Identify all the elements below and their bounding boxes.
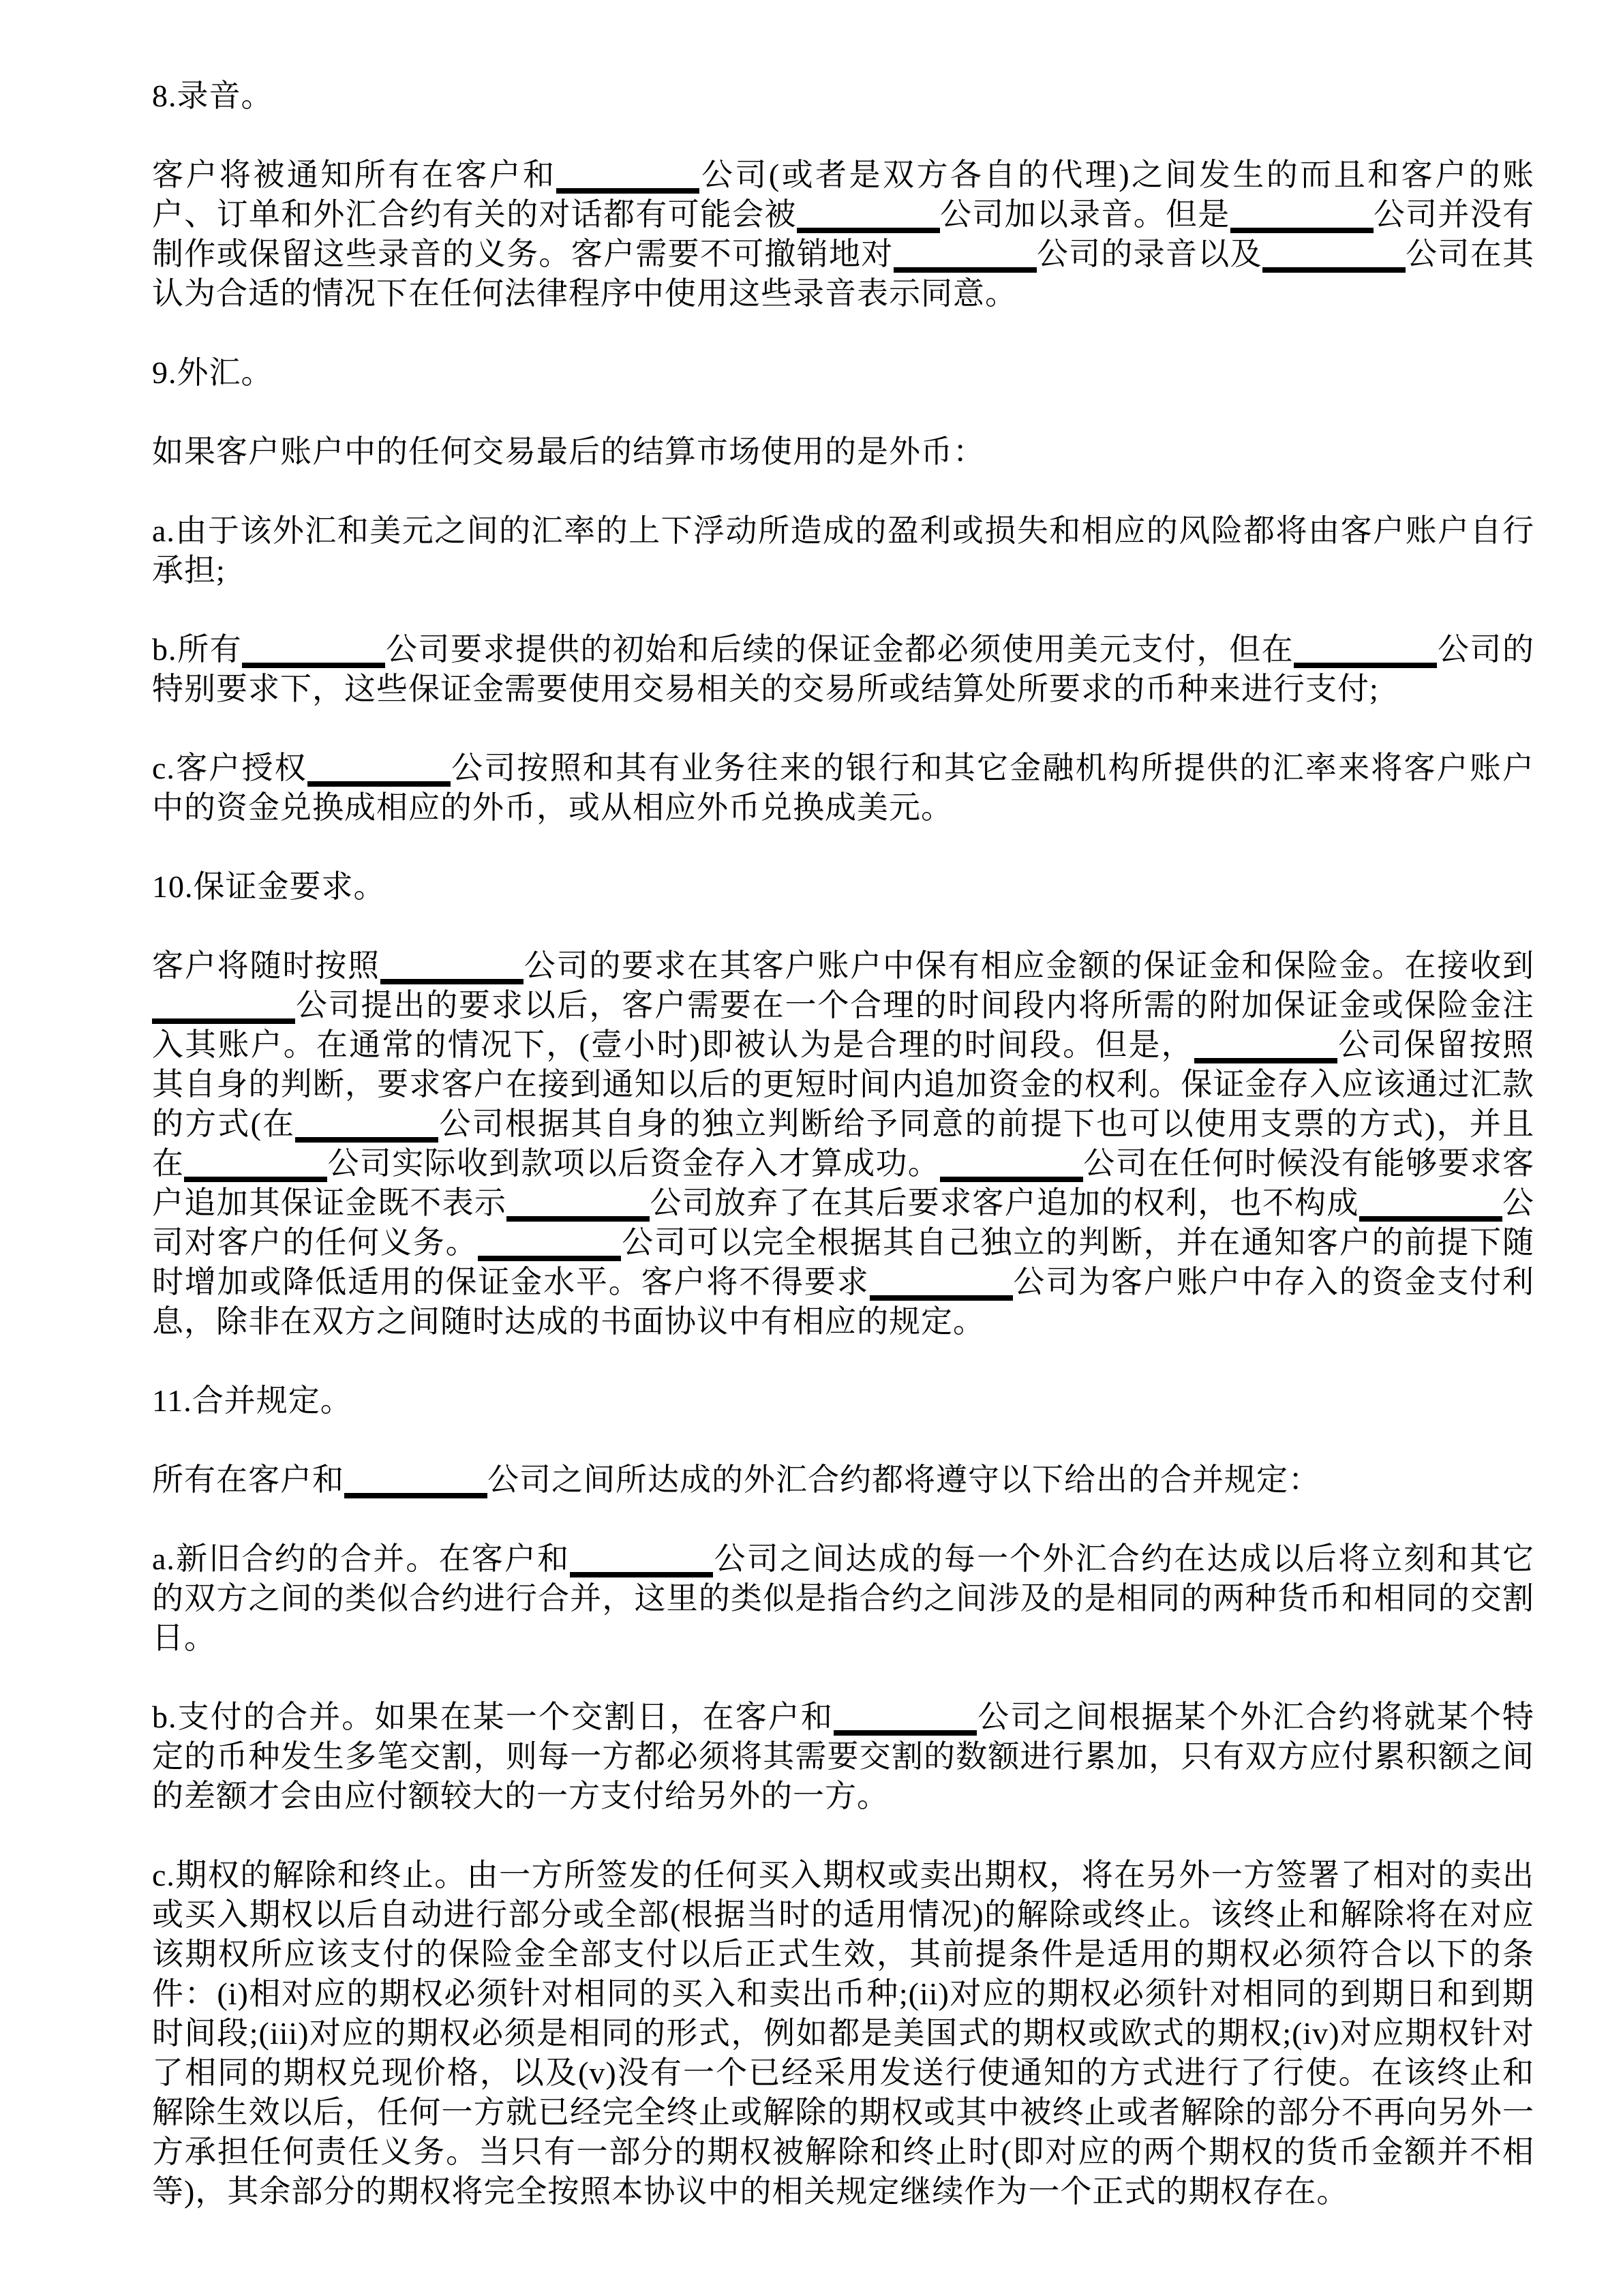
heading-recording: 8.录音。 [152,76,1534,116]
fill-in-blank [295,1137,438,1143]
fill-in-blank [556,188,699,194]
fill-in-blank [870,1295,1013,1301]
heading-margin-requirements: 10.保证金要求。 [152,867,1534,907]
fill-in-blank [506,1216,650,1222]
fill-in-blank [344,1493,487,1498]
paragraph: 客户将随时按照公司的要求在其客户账户中保有相应金额的保证金和保险金。在接收到公司… [152,946,1534,1342]
heading-consolidation-provisions: 11.合并规定。 [152,1381,1534,1421]
paragraph: 如果客户账户中的任何交易最后的结算市场使用的是外币： [152,432,1534,472]
paragraph-item-c: c.期权的解除和终止。由一方所签发的任何买入期权或卖出期权，将在另外一方签署了相… [152,1856,1534,2211]
contract-page: 8.录音。 客户将被通知所有在客户和公司(或者是双方各自的代理)之间发生的而且和… [0,0,1623,2296]
fill-in-blank [152,1018,295,1024]
paragraph-item-b: b.支付的合并。如果在某一个交割日，在客户和公司之间根据某个外汇合约将就某个特定… [152,1697,1534,1816]
section-consolidation-provisions: 11.合并规定。 所有在客户和公司之间所达成的外汇合约都将遵守以下给出的合并规定… [152,1381,1534,2211]
section-recording: 8.录音。 客户将被通知所有在客户和公司(或者是双方各自的代理)之间发生的而且和… [152,76,1534,314]
fill-in-blank [1294,663,1437,668]
paragraph: 所有在客户和公司之间所达成的外汇合约都将遵守以下给出的合并规定： [152,1460,1534,1500]
paragraph-item-c: c.客户授权公司按照和其有业务往来的银行和其它金融机构所提供的汇率来将客户账户中… [152,749,1534,828]
fill-in-blank [570,1572,713,1577]
section-foreign-exchange: 9.外汇。 如果客户账户中的任何交易最后的结算市场使用的是外币： a.由于该外汇… [152,353,1534,828]
fill-in-blank [1230,228,1374,233]
paragraph-item-b: b.所有公司要求提供的初始和后续的保证金都必须使用美元支付，但在公司的特别要求下… [152,630,1534,709]
fill-in-blank [894,267,1037,273]
fill-in-blank [1359,1216,1502,1222]
fill-in-blank [834,1730,977,1736]
fill-in-blank [797,228,940,233]
fill-in-blank [380,979,524,984]
section-margin-requirements: 10.保证金要求。 客户将随时按照公司的要求在其客户账户中保有相应金额的保证金和… [152,867,1534,1342]
document-page: { "page": { "background_color": "#ffffff… [0,0,1623,2296]
heading-foreign-exchange: 9.外汇。 [152,353,1534,393]
fill-in-blank [940,1177,1083,1182]
fill-in-blank [242,663,385,668]
fill-in-blank [478,1256,621,1261]
paragraph-item-a: a.由于该外汇和美元之间的汇率的上下浮动所造成的盈利或损失和相应的风险都将由客户… [152,511,1534,590]
fill-in-blank [307,781,451,787]
fill-in-blank [1262,267,1406,273]
fill-in-blank [184,1177,327,1182]
paragraph-item-a: a.新旧合约的合并。在客户和公司之间达成的每一个外汇合约在达成以后将立刻和其它的… [152,1539,1534,1658]
fill-in-blank [1194,1058,1337,1063]
paragraph: 客户将被通知所有在客户和公司(或者是双方各自的代理)之间发生的而且和客户的账户、… [152,155,1534,314]
